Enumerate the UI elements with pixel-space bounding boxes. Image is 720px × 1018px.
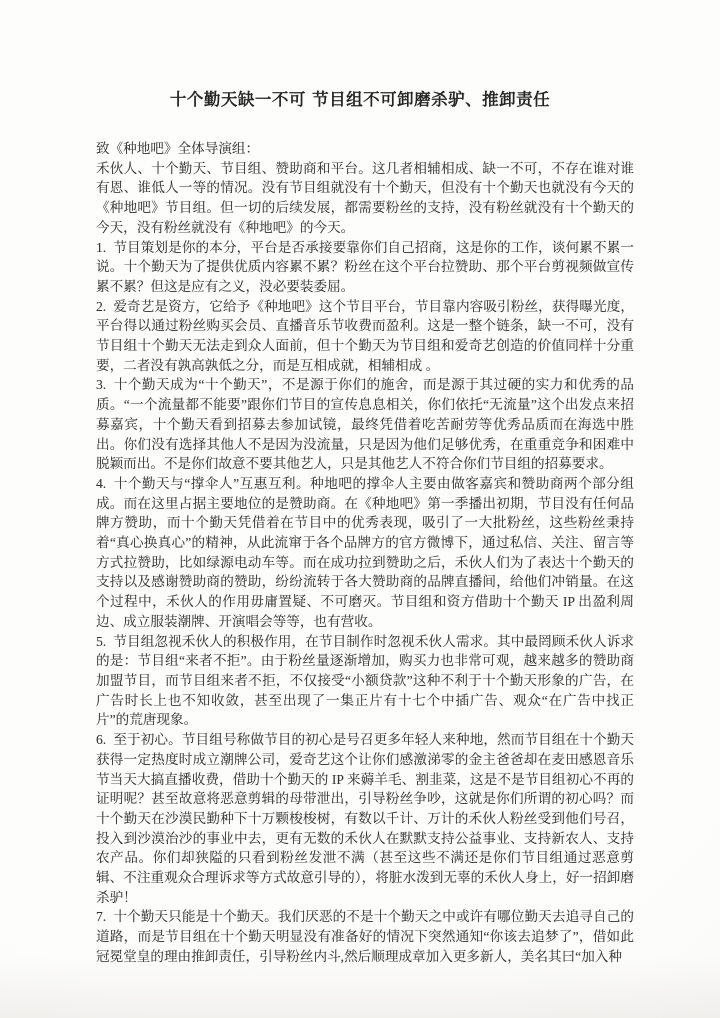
item-number: 2. — [96, 299, 106, 314]
item-text: 节目组忽视禾伙人的积极作用，在节目制作时忽视禾伙人需求。其中最罔顾禾伙人诉求的是… — [96, 634, 634, 728]
document-page: 十个勤天缺一不可 节目组不可卸磨杀驴、推卸责任 致《种地吧》全体导演组： 禾伙人… — [0, 0, 720, 1018]
list-item-3: 3.十个勤天成为“十个勤天”，不是源于你们的施舍，而是源于其过硬的实力和优秀的品… — [96, 375, 634, 474]
item-number: 5. — [96, 634, 106, 649]
document-title: 十个勤天缺一不可 节目组不可卸磨杀驴、推卸责任 — [0, 86, 720, 110]
intro-paragraph: 禾伙人、十个勤天、节目组、赞助商和平台。这几者相辅相成、缺一不可，不存在谁对谁有… — [96, 159, 634, 238]
list-item-5: 5.节目组忽视禾伙人的积极作用，在节目制作时忽视禾伙人需求。其中最罔顾禾伙人诉求… — [96, 632, 634, 731]
item-text: 十个勤天成为“十个勤天”，不是源于你们的施舍，而是源于其过硬的实力和优秀的品质。… — [96, 377, 634, 471]
item-text: 十个勤天与“撑伞人”互惠互利。种地吧的撑伞人主要由做客嘉宾和赞助商两个部分组成。… — [96, 476, 634, 629]
item-text: 爱奇艺是资方，它给予《种地吧》这个节目平台，节目靠内容吸引粉丝，获得曝光度，平台… — [96, 299, 634, 373]
item-text: 至于初心。节目组号称做节目的初心是号召更多年轻人来种地，然而节目组在十个勤天获得… — [96, 732, 634, 905]
list-item-7: 7.十个勤天只能是十个勤天。我们厌恶的不是十个勤天之中或许有哪位勤天去追寻自己的… — [96, 907, 634, 966]
item-number: 1. — [96, 240, 106, 255]
item-number: 6. — [96, 732, 106, 747]
list-item-1: 1.节目策划是你的本分，平台是否承接要靠你们自己招商，这是你的工作，谈何累不累一… — [96, 238, 634, 297]
item-text: 十个勤天只能是十个勤天。我们厌恶的不是十个勤天之中或许有哪位勤天去追寻自己的道路… — [96, 909, 634, 963]
document-body: 致《种地吧》全体导演组： 禾伙人、十个勤天、节目组、赞助商和平台。这几者相辅相成… — [96, 139, 634, 967]
item-number: 4. — [96, 476, 106, 491]
salutation: 致《种地吧》全体导演组： — [96, 139, 634, 159]
list-item-2: 2.爱奇艺是资方，它给予《种地吧》这个节目平台，节目靠内容吸引粉丝，获得曝光度，… — [96, 297, 634, 376]
list-item-6: 6.至于初心。节目组号称做节目的初心是号召更多年轻人来种地，然而节目组在十个勤天… — [96, 730, 634, 907]
list-item-4: 4.十个勤天与“撑伞人”互惠互利。种地吧的撑伞人主要由做客嘉宾和赞助商两个部分组… — [96, 474, 634, 632]
item-text: 节目策划是你的本分，平台是否承接要靠你们自己招商，这是你的工作，谈何累不累一说。… — [96, 240, 634, 294]
item-number: 7. — [96, 909, 106, 924]
item-number: 3. — [96, 377, 106, 392]
